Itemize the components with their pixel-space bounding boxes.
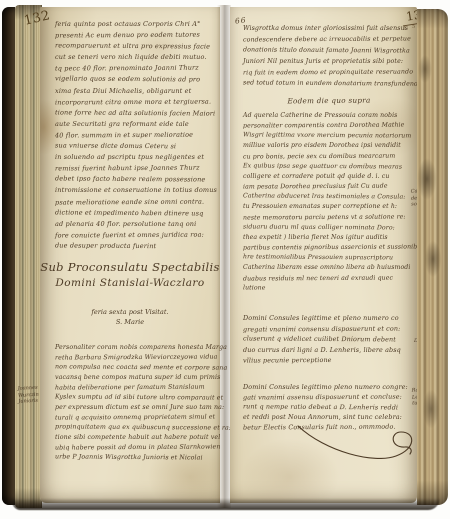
manuscript-line: feria quinta post octauas Corporis Chri … [55, 19, 217, 30]
manuscript-line: tione forre hec ad alta solutionis facie… [55, 107, 217, 119]
manuscript-line: Ad querela Catherine de Pressouia coram … [243, 111, 413, 121]
manuscript-line: milliue valoris pro eisdem Dorothea ipsi… [243, 141, 413, 151]
date-heading-line1: feria sexta post Visitat. [40, 308, 220, 317]
manuscript-line: thea expetit ) liberia fieret Nos igitur… [243, 233, 413, 243]
manuscript-line: condescendere debere ac irreuocabilis et… [243, 34, 411, 46]
right-entry-2: Ad querela Catherine de Pressouia coram … [243, 111, 413, 294]
section-heading-line1: Sub Proconsulatu Spectabilis [40, 259, 220, 275]
manuscript-line: per expressum dictum est se omni Jure su… [55, 403, 219, 413]
left-entry-2: Personaliter coram nobis comparens hones… [55, 343, 219, 463]
manuscript-line: non compulsa nec coacta sed mente et cor… [55, 362, 219, 373]
manuscript-line: ad plenaria 40 flor. persolutione tanq o… [55, 219, 217, 230]
manuscript-line: intromissione et conseruatione in totius… [55, 185, 217, 196]
manuscript-line: debet ipso facto habere realem possessio… [55, 174, 217, 186]
book-bottom-shadow [12, 498, 440, 510]
manuscript-line: Ex quibus ipsa sege quattuor cu domibus … [243, 161, 413, 172]
manuscript-line: urbe P Joannis Wisgrottka Junioris et Ni… [55, 452, 219, 463]
right-entry-3: Domini Consules legittime et pleno numer… [243, 313, 413, 366]
left-entry-1: feria quinta post octauas Corporis Chri … [55, 19, 217, 252]
left-page-stack-edge [15, 5, 42, 508]
book-spine-edge [2, 7, 15, 505]
manuscript-line: Domini Consules legittime et pleno numer… [243, 313, 413, 324]
manuscript-line: tione sibi competente habuit aut habere … [55, 433, 219, 443]
manuscript-line: in soluendo ad pscriptu tpus negligentes… [55, 152, 217, 163]
manuscript-line: donationis titulo donauit famato Joanni … [243, 45, 411, 57]
manuscript-line: vacansq bene compos matura super id cum … [55, 373, 219, 383]
manuscript-line: hre testimonialibus Pressouien suprascri… [243, 253, 413, 264]
manuscript-line: vigellario quos se eodem solutionis ad p… [55, 74, 217, 86]
manuscript-line: due desuper producta fuerint [55, 240, 217, 252]
manuscript-line: vllius pecunie perceptione [243, 355, 413, 367]
manuscript-line: Personaliter coram nobis comparens hones… [55, 343, 219, 353]
manuscript-line: runt q nempe ratio debeat a D. Lenheris … [243, 402, 413, 413]
right-entry-1: Wisgrottka domus inter gloriosissimi fui… [243, 24, 411, 89]
manuscript-line: dictione et impedimento haben dtinere us… [55, 207, 217, 219]
margin-note-left: JoannesWurczinJunioris [18, 384, 49, 405]
section-heading-line2: Domini Stanislai-Waczlaro [40, 276, 220, 290]
fore-edge-page-stack [417, 9, 448, 505]
manuscript-line: xima festa Diui Michaelis, obligarunt et [55, 86, 217, 97]
manuscript-line: tu Pressouien emanatas super correptione… [243, 202, 413, 212]
manuscript-line: Kyslex sumptu ad id sibi tutore ultro co… [55, 392, 219, 403]
manuscript-line: riq fuit in eadem domo et propinquitate … [243, 67, 411, 79]
manuscript-line: propinquitatem qua ex quibuscunq success… [55, 422, 219, 433]
manuscript-line: Juniori Nil penitus Juris et proprietati… [243, 57, 411, 68]
manuscript-line: Wisgrottka domus inter gloriosissimi fui… [243, 24, 411, 35]
flourish-swash [292, 418, 427, 470]
left-page: feria quinta post octauas Corporis Chri … [40, 7, 220, 503]
gutter-shadow [217, 5, 231, 508]
manuscript-line: psate melioratione eande sine omni contr… [55, 196, 217, 208]
manuscript-line: Wisgri legittima vxore mercium pecunia n… [243, 131, 413, 142]
date-heading-line2: S. Marie [40, 318, 220, 327]
manuscript-line: neste memoratoru parciu petens vt a solu… [243, 212, 413, 223]
manuscript-line: lutione [243, 283, 413, 294]
manuscript-line: recomparuerunt et ultra pro expressius f… [55, 41, 217, 53]
manuscript-line: duabus residuis ml nec teneri ad exraudi… [243, 273, 413, 284]
manuscript-line: aute Securitati gra reformant eide tale [55, 119, 217, 130]
manuscript-line: Catherina abduceret lras testimoniales a… [243, 192, 413, 203]
manuscript-line: fore conuicte fuerint et omnes juridica … [55, 229, 217, 241]
manuscript-line: Catherina liberam esse omnino libera ab … [243, 263, 413, 273]
manuscript-line: siduaru duaru ml quas colliger nominata … [243, 222, 413, 233]
manuscript-line: colligere et corradere potuit qd quide d… [243, 172, 413, 182]
manuscript-line: sed totud totum in eundem donatarium tra… [243, 78, 411, 90]
manuscript-photo: feria quinta post octauas Corporis Chri … [0, 0, 450, 519]
open-book: feria quinta post octauas Corporis Chri … [2, 5, 448, 508]
right-date-heading: Eodem die quo supra [264, 95, 394, 105]
manuscript-line: incorporarunt citra omne mora et tergiue… [55, 96, 217, 108]
manuscript-line: sua vniuerse dicte domus Ceteru si [55, 140, 217, 152]
manuscript-line: cluserunt q videlicet cuilibet Dniorum d… [243, 334, 413, 346]
manuscript-line: Domini Consules legittimo pleno numero c… [243, 382, 413, 392]
